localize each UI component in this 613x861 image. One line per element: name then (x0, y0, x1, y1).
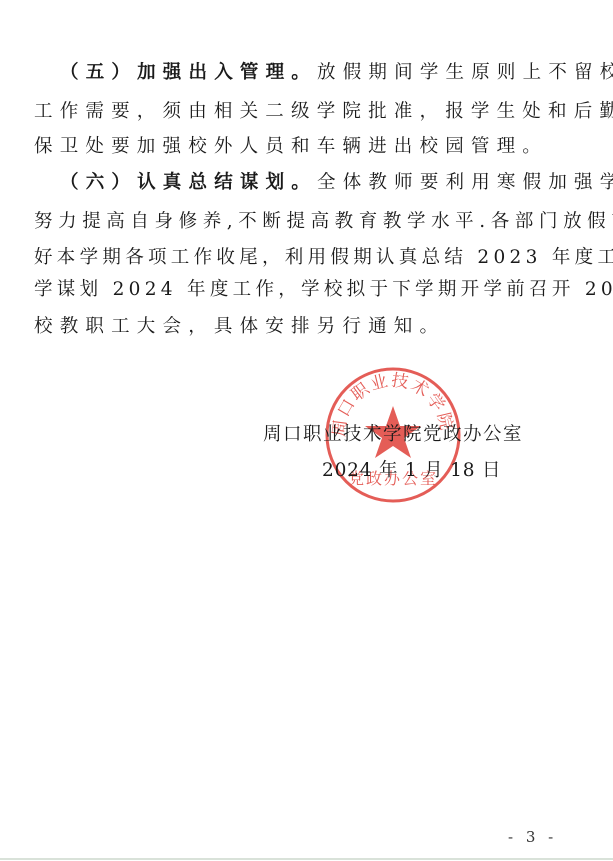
section5-line1: （五）加强出入管理。放假期间学生原则上不留校，如有 (60, 55, 554, 91)
page-bottom-edge (0, 858, 613, 860)
section6-heading: （六）认真总结谋划。 (60, 172, 317, 193)
section6-line4: 学谋划 2024 年度工作，学校拟于下学期开学前召开 2024 年全 (34, 272, 554, 308)
section6-line1: （六）认真总结谋划。全体教师要利用寒假加强学习培训， (60, 165, 554, 201)
issuer-name: 周口职业技术学院党政办公室 (263, 420, 523, 446)
issue-date: 2024 年 1 月 18 日 (322, 456, 501, 482)
section6-line5: 校教职工大会，具体安排另行通知。 (34, 309, 554, 345)
section5-heading: （五）加强出入管理。 (60, 62, 317, 83)
page-number: - 3 - (508, 828, 557, 846)
section5-line2: 工作需要，须由相关二级学院批准，报学生处和后勤处备案； (34, 94, 554, 130)
section6-line3: 好本学期各项工作收尾，利用假期认真总结 2023 年度工作，科 (34, 240, 554, 276)
section5-line3: 保卫处要加强校外人员和车辆进出校园管理。 (34, 129, 554, 165)
section6-line2: 努力提高自身修养,不断提高教育教学水平.各部门放假前要做 (34, 204, 554, 240)
